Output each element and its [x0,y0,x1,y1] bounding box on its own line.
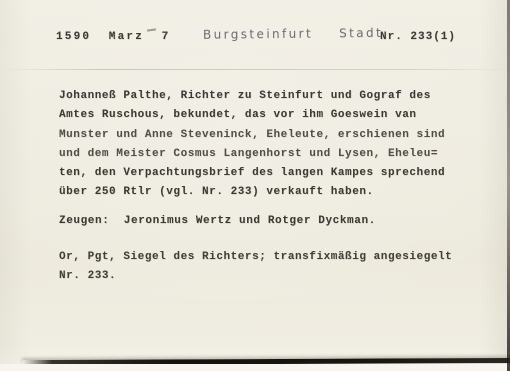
witnesses-line: Zeugen: Jeronimus Wertz und Rotger Dyckm… [59,215,376,227]
regest-line: über 250 Rtlr (vgl. Nr. 233) verkauft ha… [59,183,445,202]
stamp-place-suffix: Stadt [339,26,383,40]
scanned-archive-card: 1590 Marz 7 Burgsteinfurt Stadt Nr. 233(… [0,0,510,371]
record-number: Nr. 233(1) [380,31,456,43]
regest-line: und dem Meister Cosmus Langenhorst und L… [59,145,445,164]
record-date: 1590 Marz 7 [56,31,170,43]
regest-line: ten, den Verpachtungsbrief des langen Ka… [59,164,445,183]
seal-note: Or, Pgt, Siegel des Richters; transfixmä… [59,248,452,286]
stamp-place-name: Burgsteinfurt [203,27,313,42]
regest-line: Amtes Ruschous, bekundet, das vor ihm Go… [59,106,445,125]
card-crease-line [0,69,510,70]
regest-line: Munster und Anne Steveninck, Eheleute, e… [59,126,445,145]
place-stamp: Burgsteinfurt Stadt [203,26,363,42]
regest-line: Johanneß Palthe, Richter zu Steinfurt un… [59,87,445,106]
seal-note-line: Nr. 233. [59,267,452,286]
regest-text: Johanneß Palthe, Richter zu Steinfurt un… [59,87,445,203]
scanner-background-strip [0,364,510,371]
seal-note-line: Or, Pgt, Siegel des Richters; transfixmä… [59,248,452,267]
